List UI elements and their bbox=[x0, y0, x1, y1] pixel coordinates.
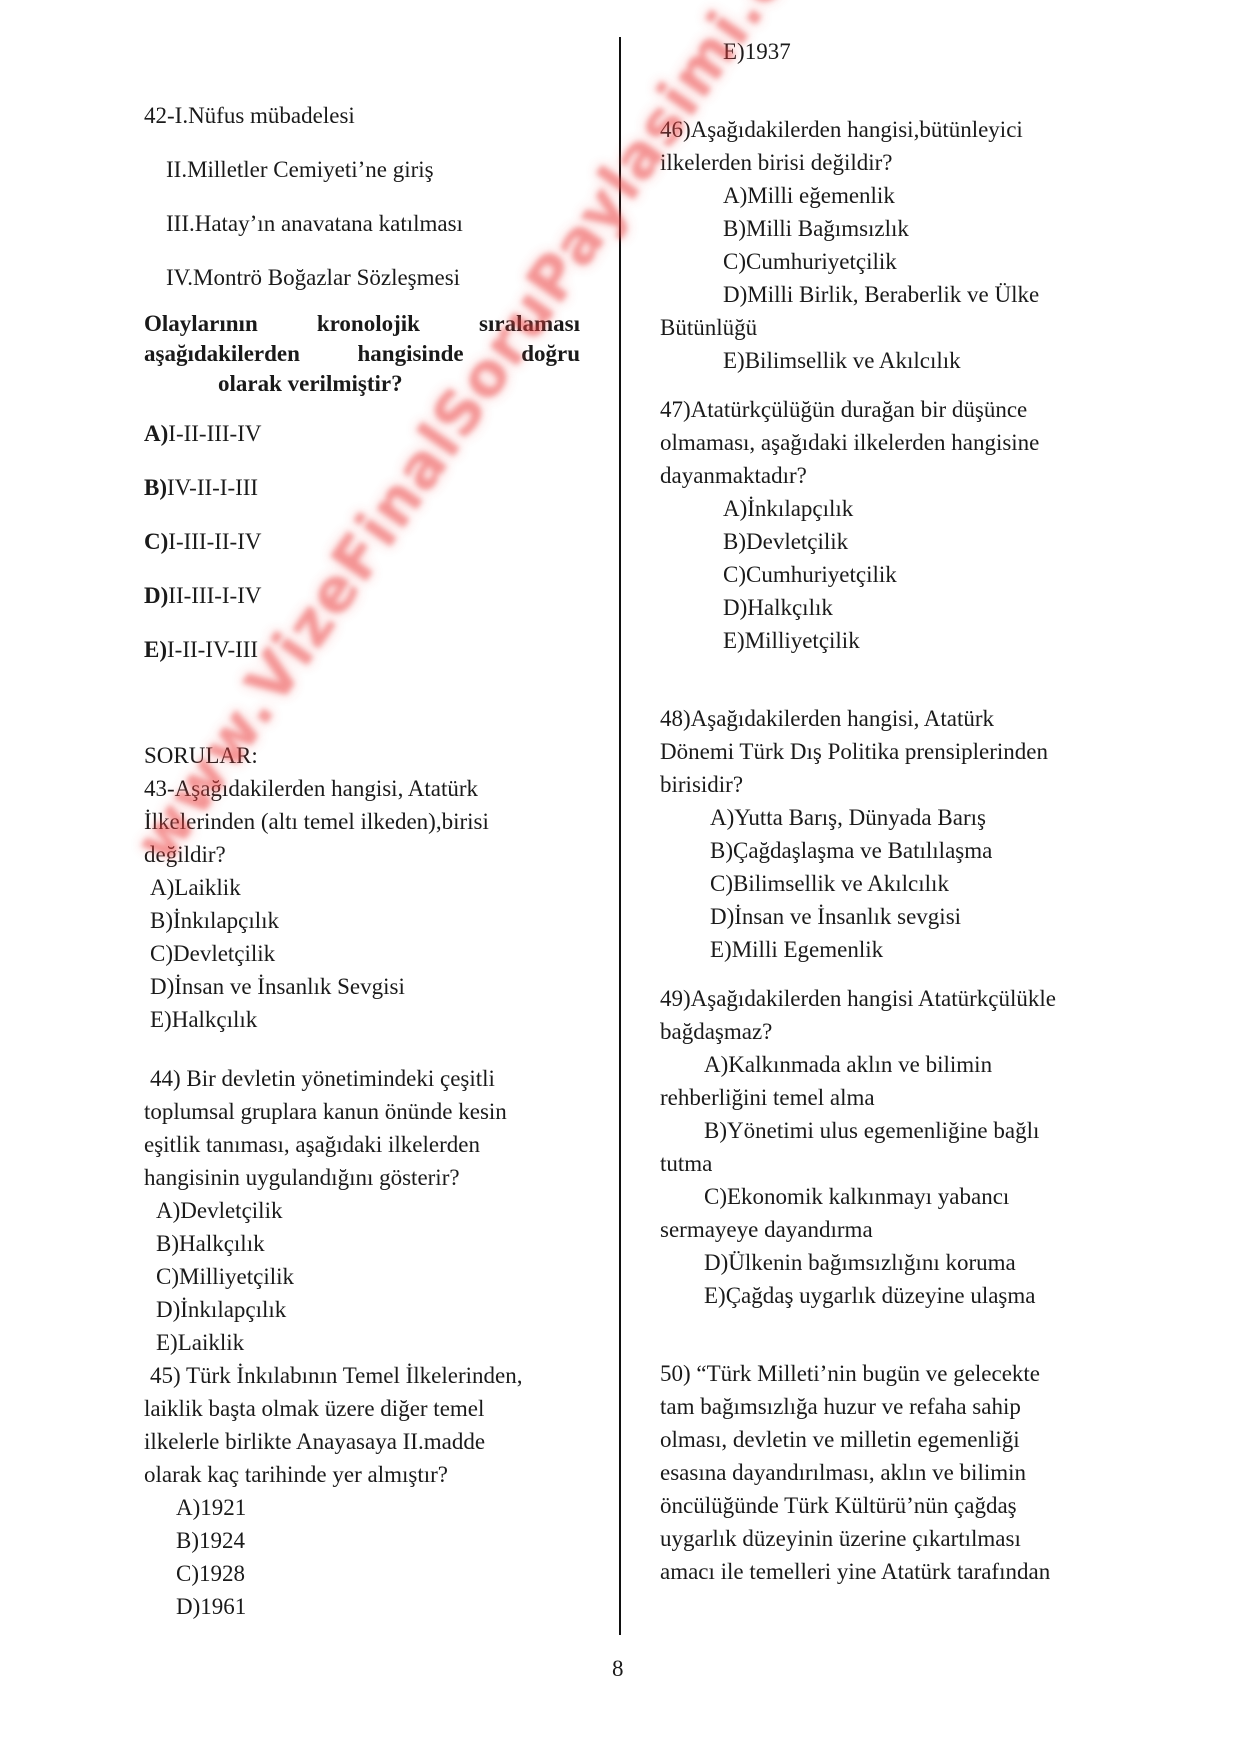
question-42-options: A)I-II-III-IV B)IV-II-I-III C)I-III-II-I… bbox=[144, 407, 588, 677]
answer-option[interactable]: B)1924 bbox=[144, 1524, 588, 1557]
question-47: 47)Atatürkçülüğün durağan bir düşünce ol… bbox=[660, 393, 1110, 657]
q42-item: 42-I.Nüfus mübadelesi bbox=[144, 89, 588, 143]
q42-item: IV.Montrö Boğazlar Sözleşmesi bbox=[148, 251, 588, 305]
question-49: 49)Aşağıdakilerden hangisi Atatürkçülükl… bbox=[660, 982, 1110, 1312]
q45-stem-line: ilkelerle birlikte Anayasaya II.madde bbox=[144, 1425, 588, 1458]
q46-stem-line: 46)Aşağıdakilerden hangisi,bütünleyici bbox=[660, 113, 1110, 146]
answer-option[interactable]: A)Kalkınmada aklın ve bilimin bbox=[660, 1048, 1110, 1081]
q50-stem-line: olması, devletin ve milletin egemenliği bbox=[660, 1423, 1110, 1456]
answer-option[interactable]: E)Bilimsellik ve Akılcılık bbox=[660, 344, 1110, 377]
q42-stem-line: Olaylarının kronolojik sıralaması bbox=[144, 309, 580, 339]
q44-stem-line: toplumsal gruplara kanun önünde kesin bbox=[144, 1095, 588, 1128]
q43-stem-line: değildir? bbox=[144, 838, 588, 871]
q46-stem-line: ilkelerden birisi değildir? bbox=[660, 146, 1110, 179]
question-46: 46)Aşağıdakilerden hangisi,bütünleyici i… bbox=[660, 113, 1110, 377]
q42-stem-line: olarak verilmiştir? bbox=[144, 369, 588, 399]
answer-option-wrap: Bütünlüğü bbox=[660, 311, 1110, 344]
question-45: 45) Türk İnkılabının Temel İlkelerinden,… bbox=[144, 1359, 588, 1623]
answer-option[interactable]: C)Cumhuriyetçilik bbox=[660, 245, 1110, 278]
answer-option[interactable]: A)1921 bbox=[144, 1491, 588, 1524]
q45-stem-line: olarak kaç tarihinde yer almıştır? bbox=[144, 1458, 588, 1491]
answer-option[interactable]: D)II-III-I-IV bbox=[144, 569, 588, 623]
answer-option[interactable]: A)Yutta Barış, Dünyada Barış bbox=[660, 801, 1110, 834]
answer-option[interactable]: C)Cumhuriyetçilik bbox=[660, 558, 1110, 591]
q50-stem-line: amacı ile temelleri yine Atatürk tarafın… bbox=[660, 1555, 1110, 1588]
page-number: 8 bbox=[612, 1656, 624, 1682]
column-divider bbox=[619, 37, 621, 1635]
q47-stem-line: olmaması, aşağıdaki ilkelerden hangisine bbox=[660, 426, 1110, 459]
answer-option[interactable]: E)Halkçılık bbox=[144, 1003, 588, 1036]
answer-option[interactable]: A)Laiklik bbox=[144, 871, 588, 904]
q47-stem-line: dayanmaktadır? bbox=[660, 459, 1110, 492]
answer-option[interactable]: B)Yönetimi ulus egemenliğine bağlı bbox=[660, 1114, 1110, 1147]
q50-stem-line: esasına dayandırılması, aklın ve bilimin bbox=[660, 1456, 1110, 1489]
q43-stem-line: 43-Aşağıdakilerden hangisi, Atatürk bbox=[144, 772, 588, 805]
answer-option[interactable]: D)Halkçılık bbox=[660, 591, 1110, 624]
answer-option[interactable]: B)Çağdaşlaşma ve Batılılaşma bbox=[660, 834, 1110, 867]
answer-option[interactable]: E)Milliyetçilik bbox=[660, 624, 1110, 657]
answer-option-wrap: tutma bbox=[660, 1147, 1110, 1180]
answer-option[interactable]: C)Milliyetçilik bbox=[144, 1260, 588, 1293]
q44-stem-line: eşitlik tanıması, aşağıdaki ilkelerden bbox=[144, 1128, 588, 1161]
exam-page: 42-I.Nüfus mübadelesi II.Milletler Cemiy… bbox=[0, 0, 1240, 1754]
answer-option-wrap: rehberliğini temel alma bbox=[660, 1081, 1110, 1114]
q50-stem-line: 50) “Türk Milleti’nin bugün ve gelecekte bbox=[660, 1357, 1110, 1390]
answer-option[interactable]: E)Laiklik bbox=[144, 1326, 588, 1359]
answer-option[interactable]: A)I-II-III-IV bbox=[144, 407, 588, 461]
q42-stem-line: aşağıdakilerden hangisinde doğru bbox=[144, 339, 580, 369]
q43-stem-line: İlkelerinden (altı temel ilkeden),birisi bbox=[144, 805, 588, 838]
q49-stem-line: bağdaşmaz? bbox=[660, 1015, 1110, 1048]
question-48: 48)Aşağıdakilerden hangisi, Atatürk Döne… bbox=[660, 702, 1110, 966]
answer-option[interactable]: C)Ekonomik kalkınmayı yabancı bbox=[660, 1180, 1110, 1213]
answer-option[interactable]: B)İnkılapçılık bbox=[144, 904, 588, 937]
q49-stem-line: 49)Aşağıdakilerden hangisi Atatürkçülükl… bbox=[660, 982, 1110, 1015]
section-title: SORULAR: bbox=[144, 739, 588, 772]
q44-stem-line: hangisinin uygulandığını gösterir? bbox=[144, 1161, 588, 1194]
answer-option[interactable]: E)1937 bbox=[660, 35, 1110, 68]
answer-option[interactable]: A)Milli eğemenlik bbox=[660, 179, 1110, 212]
answer-option[interactable]: C)Bilimsellik ve Akılcılık bbox=[660, 867, 1110, 900]
answer-option[interactable]: C)Devletçilik bbox=[144, 937, 588, 970]
answer-option[interactable]: B)Devletçilik bbox=[660, 525, 1110, 558]
left-column: 42-I.Nüfus mübadelesi II.Milletler Cemiy… bbox=[148, 89, 588, 1623]
q50-stem-line: öncülüğünde Türk Kültürü’nün çağdaş bbox=[660, 1489, 1110, 1522]
q42-item: III.Hatay’ın anavatana katılması bbox=[148, 197, 588, 251]
right-column: E)1937 46)Aşağıdakilerden hangisi,bütünl… bbox=[660, 35, 1110, 1588]
answer-option[interactable]: E)Çağdaş uygarlık düzeyine ulaşma bbox=[660, 1279, 1110, 1312]
q50-stem-line: uygarlık düzeyinin üzerine çıkartılması bbox=[660, 1522, 1110, 1555]
q48-stem-line: 48)Aşağıdakilerden hangisi, Atatürk bbox=[660, 702, 1110, 735]
question-44: 44) Bir devletin yönetimindeki çeşitli t… bbox=[144, 1062, 588, 1359]
answer-option-wrap: sermayeye dayandırma bbox=[660, 1213, 1110, 1246]
answer-option[interactable]: B)Milli Bağımsızlık bbox=[660, 212, 1110, 245]
q48-stem-line: Dönemi Türk Dış Politika prensiplerinden bbox=[660, 735, 1110, 768]
answer-option[interactable]: A)İnkılapçılık bbox=[660, 492, 1110, 525]
q50-stem-line: tam bağımsızlığa huzur ve refaha sahip bbox=[660, 1390, 1110, 1423]
answer-option[interactable]: A)Devletçilik bbox=[144, 1194, 588, 1227]
q44-stem-line: 44) Bir devletin yönetimindeki çeşitli bbox=[144, 1062, 588, 1095]
answer-option[interactable]: D)İnsan ve İnsanlık Sevgisi bbox=[144, 970, 588, 1003]
answer-option[interactable]: C)I-III-II-IV bbox=[144, 515, 588, 569]
question-50: 50) “Türk Milleti’nin bugün ve gelecekte… bbox=[660, 1357, 1110, 1588]
answer-option[interactable]: E)I-II-IV-III bbox=[144, 623, 588, 677]
answer-option[interactable]: D)1961 bbox=[144, 1590, 588, 1623]
q48-stem-line: birisidir? bbox=[660, 768, 1110, 801]
q45-stem-line: 45) Türk İnkılabının Temel İlkelerinden, bbox=[144, 1359, 588, 1392]
answer-option[interactable]: D)İnsan ve İnsanlık sevgisi bbox=[660, 900, 1110, 933]
answer-option[interactable]: D)Milli Birlik, Beraberlik ve Ülke bbox=[660, 278, 1110, 311]
q45-stem-line: laiklik başta olmak üzere diğer temel bbox=[144, 1392, 588, 1425]
answer-option[interactable]: B)Halkçılık bbox=[144, 1227, 588, 1260]
q42-item: II.Milletler Cemiyeti’ne giriş bbox=[148, 143, 588, 197]
question-42-stem: Olaylarının kronolojik sıralaması aşağıd… bbox=[144, 309, 588, 399]
question-43: 43-Aşağıdakilerden hangisi, Atatürk İlke… bbox=[144, 772, 588, 1036]
q47-stem-line: 47)Atatürkçülüğün durağan bir düşünce bbox=[660, 393, 1110, 426]
answer-option[interactable]: E)Milli Egemenlik bbox=[660, 933, 1110, 966]
question-42-items: 42-I.Nüfus mübadelesi II.Milletler Cemiy… bbox=[148, 89, 588, 305]
answer-option[interactable]: D)Ülkenin bağımsızlığını koruma bbox=[660, 1246, 1110, 1279]
answer-option[interactable]: D)İnkılapçılık bbox=[144, 1293, 588, 1326]
answer-option[interactable]: B)IV-II-I-III bbox=[144, 461, 588, 515]
answer-option[interactable]: C)1928 bbox=[144, 1557, 588, 1590]
